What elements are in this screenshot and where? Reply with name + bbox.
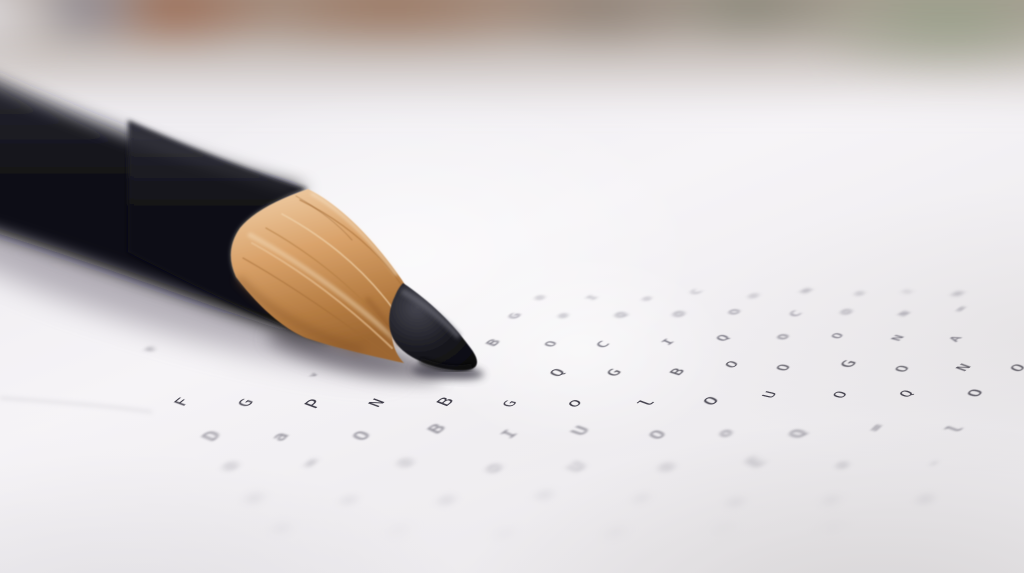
printed-letter: O [350,430,375,443]
printed-letter: G [838,359,860,369]
printed-letter: l [942,423,967,436]
printed-letters-field: FvOIOCONOINGOQOOCON=BOCIQOONAQGBOOGONOFG… [0,0,1024,573]
printed-letter: O [829,332,846,340]
printed-letter: O [831,390,852,400]
printed-letter: o [479,461,506,476]
printed-letter: O [395,456,418,469]
printed-letter: N [799,288,815,295]
printed-letter: o [710,521,736,535]
printed-letter: U [564,460,589,475]
printed-letter: Q [714,333,732,342]
printed-letter: o [652,460,678,474]
printed-letter: I [659,337,676,346]
printed-letter: a [269,431,293,443]
printed-letter: o [240,490,267,506]
printed-letter: B [668,367,688,377]
printed-letter: C [689,288,705,295]
printed-letter: O [964,387,987,398]
printed-letter: o [217,460,244,473]
printed-letter: F [143,345,160,352]
printed-letter: O [542,340,560,348]
printed-letter: o [911,491,940,507]
printed-letter: Q [897,389,917,400]
printed-letter: N [955,363,975,373]
printed-letter: I [585,294,600,301]
printed-letter: O [647,428,671,441]
photo-scene: FvOIOCONOINGOQOOCON=BOCIQOONAQGBOOGONOFG… [0,0,1024,573]
printed-letter: F [171,396,193,408]
printed-letter: o [601,524,628,540]
printed-letter: I [498,428,520,440]
printed-letter: o [832,459,853,472]
printed-letter: O [893,365,913,374]
printed-letter: O [642,296,655,302]
printed-letter: N [898,311,913,318]
printed-letter: Q [613,311,630,319]
printed-letter: o [384,522,411,538]
printed-letter: O [838,308,856,316]
printed-letter: o [530,487,558,502]
printed-letter: o [722,495,749,509]
printed-letter: o [336,493,362,507]
printed-letter: I [902,289,915,295]
printed-letter: o [268,520,295,536]
printed-letter: U [568,425,593,438]
printed-letter: o [714,427,737,440]
printed-letter: o [630,491,652,504]
printed-letter: P [302,398,327,411]
printed-letter: v [308,372,320,378]
printed-letter: C [594,340,613,350]
printed-letter: D [199,429,225,443]
printed-letter: G [501,400,521,409]
printed-letter: A [947,335,964,343]
printed-letter: o [819,493,843,507]
printed-letter: o [433,492,460,508]
printed-letter: C [788,310,806,319]
printed-letter: B [425,422,450,436]
printed-letter: N [367,397,389,408]
printed-letter: G [236,397,258,408]
printed-letter: Q [547,367,568,379]
printed-letter: O [775,333,792,341]
printed-letter: O [669,310,688,319]
printed-letter: O [700,394,722,407]
printed-letter: O [775,364,795,373]
printed-letter: O [1008,362,1024,373]
printed-letter: N [889,334,906,342]
printed-letter: O [723,360,742,370]
printed-letter: o [563,396,586,409]
printed-letter: B [434,396,458,409]
printed-letter: O [854,290,868,297]
printed-letter: O [534,295,548,302]
printed-letter: N [951,291,967,298]
printed-letter: o [821,520,846,534]
printed-letter: O [746,293,762,300]
printed-letter: l [635,397,659,410]
printed-letter: = [866,423,888,434]
printed-letter: = [952,305,970,313]
printed-letter: E [743,454,769,470]
printed-letter: G [506,312,524,320]
printed-letter: G [605,368,625,379]
printed-letter: = [298,455,324,469]
printed-letter: Q [787,428,812,440]
printed-letter: - [920,456,946,470]
printed-letter: B [484,338,503,348]
printed-letter: U [761,391,781,400]
printed-letter: o [489,525,516,540]
printed-letter: O [557,312,571,319]
printed-letter: O [725,308,743,316]
